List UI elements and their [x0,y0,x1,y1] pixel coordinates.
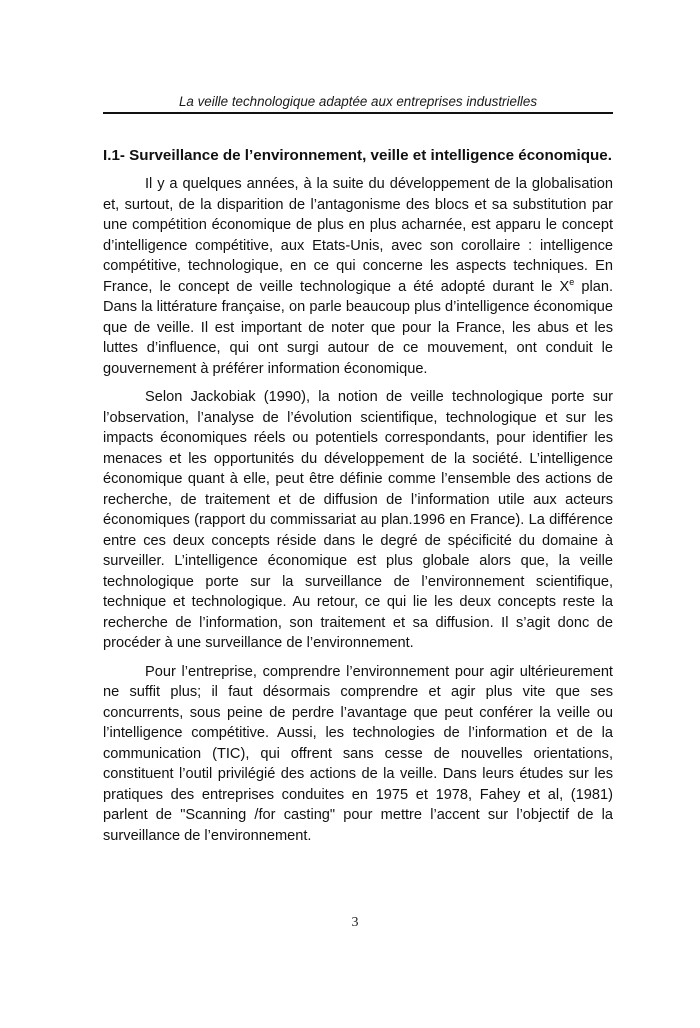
body-text: Il y a quelques années, à la suite du dé… [103,174,613,846]
paragraph-1: Il y a quelques années, à la suite du dé… [103,174,613,379]
paragraph-1-text-a: Il y a quelques années, à la suite du dé… [103,176,613,295]
running-header: La veille technologique adaptée aux entr… [103,94,613,110]
header-divider [103,112,613,114]
page-number: 3 [340,915,370,931]
paragraph-3: Pour l’entreprise, comprendre l’environn… [103,662,613,847]
section-title: I.1- Surveillance de l’environnement, ve… [103,146,618,166]
document-page: La veille technologique adaptée aux entr… [0,0,700,1028]
paragraph-2: Selon Jackobiak (1990), la notion de vei… [103,387,613,654]
